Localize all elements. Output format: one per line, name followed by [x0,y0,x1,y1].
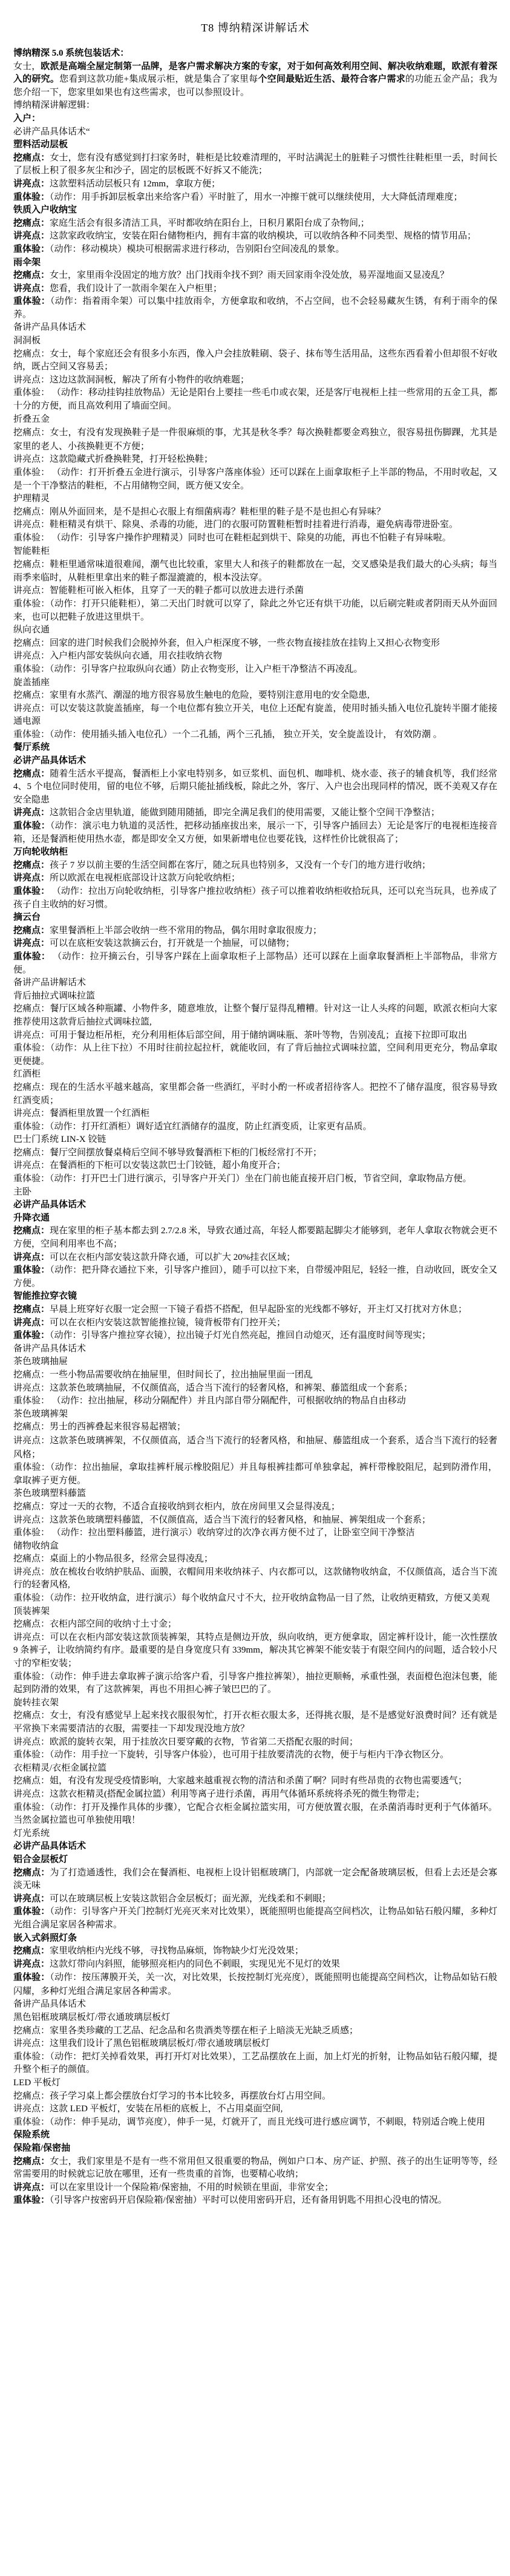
paragraph: 讲亮点：鞋柜精灵有烘干、除臭、杀毒的功能，进门的衣服可防置鞋柜暂时挂着进行消毒，… [13,519,497,532]
text-run: 可以在衣柜内安装这款智能推拉镜，镜背板带有门控开关； [50,1318,286,1328]
paragraph: 讲亮点：智能鞋柜可嵌入柜体，且穿了一天的鞋子都可以放进去进行杀菌 [13,585,497,598]
text-run: 这款铝合金店里轨道，能做到随用随插，即完全满足我们的使用需要，又能让整个空间干净… [50,808,440,818]
text-run: 这款家政收纳宝，安装在阳台储物柜内，拥有丰富的收纳模块，可以收纳各种不同类型、规… [50,231,476,241]
text-run: 女士，家里雨伞没固定的地方放？出门找雨伞找不到？雨天回家雨伞没处放，易弄湿地面又… [50,270,449,280]
text-run: （动作：拉开摘云台，引导客户踩在上面拿取柜子上部物品）还可以踩在上面拿取餐酒柜上… [13,952,497,975]
paragraph: 挖痛点：女士，每个家庭还会有很多小东西，像入户会挂放鞋刷、袋子、抹布等生活用品，… [13,348,497,374]
text-run: 挖痛点：鞋柜里通常味道很难闻， [13,560,150,569]
text-run: 塑料活动层板 [13,140,68,149]
paragraph: 挖痛点：为了打造通透性，我们会在餐酒柜、电视柜上设计铝框玻璃门，内部就一定会配备… [13,1867,497,1893]
text-run: 这款塑料活动层板只有 12mm，拿取方便； [50,179,220,189]
text-run: 摘云台 [13,913,41,922]
text-run: 重体验： [13,2195,50,2205]
text-run: 重体验：（动作：从上往下拉）不用时往前拉起拉杆，就能收回，有了背后抽拉式调味拉篮… [13,1043,497,1066]
section-heading: 主卧 [13,1186,497,1199]
paragraph: 挖痛点：家里收纳柜内光线不够，寻找物品麻烦，饰物缺少灯光没效果； [13,1945,497,1958]
text-run: 讲亮点：在餐酒柜的下柜可以安装这款巴士门铰链，超小角度开合； [13,1161,286,1170]
text-run: 重体验：（动作：打开红酒柜）调好适宜红酒储存的温度，防止红酒变质，让家更有品质。 [13,1122,372,1132]
text-run: 必讲产品具体话术 [13,1841,86,1851]
text-run: 讲亮点：智能鞋柜可嵌入柜体，且穿了一天的鞋子都可以放进去进行杀菌 [13,586,304,595]
paragraph: 重体验：（动作：打开红酒柜）调好适宜红酒储存的温度，防止红酒变质，让家更有品质。 [13,1121,497,1134]
text-run: 讲亮点： [13,179,50,189]
text-run: 女士， [13,62,41,71]
section-heading: 塑料活动层板 [13,139,497,152]
text-run: 讲亮点： [13,1318,50,1328]
section-heading: 衣柜精灵/衣柜金属拉篮 [13,1762,497,1775]
text-run: 雨伞架 [13,258,41,267]
paragraph: 重体验：（动作：把灯关掉看效果，再打开灯对比效果），工艺品摆放在上面，加上灯光的… [13,2051,497,2077]
section-heading: 巴士门系统 LIN-X 铰链 [13,1133,497,1147]
text-run: 讲亮点： [13,284,50,293]
text-run: （动作：拉出万向轮收纳柜，引导客户推拉收纳柜）孩子可以推着收纳柜收拾玩具，还可以… [13,887,497,909]
paragraph: 挖痛点：家里有水蒸汽、潮湿的地方很容易放生触电的危险，要特别注意用电的安全隐患, [13,689,497,703]
paragraph: 挖痛点：现在的生活水平越来越高，家里都会备一些酒红，平时小酌一杯或者招待客人。把… [13,1081,497,1107]
paragraph: 讲亮点：这款灯带向内斜照，能够照亮柜内的同色不刺眼，实现见光不见灯的效果 [13,1958,497,1971]
paragraph: 挖痛点：随着生活水平提高，餐酒柜上小家电特别多，如豆浆机、面包机、咖啡机、烧水壶… [13,768,497,807]
paragraph: 重体验：（动作：用手拉一下旋转，引导客户体验），也可用于挂放要清洗的衣物，便于与… [13,1749,497,1762]
text-run: 挖痛点：穿过一天的衣物，不适合直接收纳到衣柜内，放在房间里又会显得凌乱； [13,1502,340,1512]
paragraph: 讲亮点：放在梳妆台收纳护肤品、面膜，衣帽间用来收纳袜子、内衣都可以，这款储物收纳… [13,1566,497,1592]
paragraph: 必讲产品具体话术“ [13,126,497,139]
text-run: 智能鞋柜 [13,546,50,556]
section-heading: 智能推拉穿衣镜 [13,1290,497,1303]
paragraph: 挖痛点：一些小物品需要收纳在抽屉里，但时间长了，拉出抽屉里面一团乱 [13,1369,497,1382]
text-run: 讲亮点：餐酒柜里放置一个红酒柜 [13,1109,149,1118]
paragraph: 挖痛点：现在家里的柜子基本都去到 2.7/2.8 米，导致衣通过高，年轻人都要踮… [13,1225,497,1251]
paragraph: 挖痛点：孩子学习桌上都会摆放台灯学习的书本比较多，再摆放台灯占用空间。 [13,2090,497,2103]
text-run: 折叠五金 [13,415,50,424]
section-heading: 铁质入户收纳宝 [13,204,497,217]
paragraph: 挖痛点：女士，我们家里是不是有一些不常用但又很重要的物品，例如户口本、房产证、护… [13,2155,497,2181]
section-heading: 旋盖插座 [13,677,497,690]
section-heading: 万向轮收纳柜 [13,846,497,859]
text-run: 必讲产品具体话术 [13,756,86,765]
text-run: 重体验：（动作：拉出抽屉，拿取挂裤杆展示橡胶阻尼）并且每根裤挂都可单独拿起，裤杆… [13,1463,497,1486]
text-run: 讲亮点：可以在衣柜内部安装这款顶装裤架，其特点是侧边开放，纵向收纳，更方便拿取，… [13,1633,497,1668]
text-run: 重体验：（动作：引导客户拉取纵向衣通）防止衣物变形，让入户柜干净整洁不再凌乱。 [13,664,363,674]
text-run: 博纳精深 5.0 系统包装话术： [13,48,129,58]
text-run: 现在家里的柜子基本都去到 2.7/2.8 米，导致衣通过高，年轻人都要踮起脚尖才… [13,1226,497,1249]
text-run: 巴士门系统 LIN-X 铰链 [13,1135,106,1144]
text-run: 讲亮点：这款茶色玻璃塑料藤篮，不仅颜值高，适合当下流行的轻奢风格，和抽屉、裤架组… [13,1515,431,1525]
text-run: 挖痛点：餐厅空间摆放餐桌椅后空间不够导致餐酒柜下柜的门板经常打不开； [13,1148,322,1158]
paragraph: 讲亮点：这款茶色玻璃抽屉，不仅颜值高，适合当下流行的轻奢风格，和裤架、藤篮组成一… [13,1382,497,1395]
paragraph: 讲亮点：这款衣柜精灵(搭配金属拉篮）利用等离子进行杀菌，再用气体循环系统将杀死的… [13,1788,497,1801]
text-run: 挖痛点： [13,2157,50,2166]
text-run: 讲亮点：放在梳妆台收纳护肤品、面膜，衣帽间用来收纳袜子、内衣都可以，这款储物收纳… [13,1567,497,1590]
text-run: 讲亮点：这里我们设计了黑色铝框玻璃层板灯/带衣通玻璃层板灯 [13,2039,270,2048]
text-run: 备讲产品具体话术 [13,1344,86,1354]
paragraph: 重体验：（动作：把升降衣通拉下来，引导客户推回），随手可以拉下来，自带缓冲阻尼，… [13,1264,497,1290]
section-heading: 铝合金层板灯 [13,1853,497,1867]
section-heading: 雨伞架 [13,257,497,270]
text-run: 重体验：（动作：打开只能鞋柜），第二天出门时就可以穿了，除此之外它还有烘干功能，… [13,599,497,622]
paragraph: 挖痛点：女士，您有没有感觉到打扫家务时，鞋柜是比较难清理的，平时沾满泥土的脏鞋子… [13,152,497,178]
text-run: 旋盖插座 [13,678,50,687]
text-run: 餐厅系统 [13,742,50,752]
text-run: 铝合金层板灯 [13,1855,68,1864]
text-run: 挖痛点：孩子学习桌上都会摆放台灯学习的书本比较多，再摆放台灯占用空间。 [13,2091,331,2101]
section-heading: 入户： [13,113,497,126]
text-run: 讲亮点： [13,873,50,883]
text-run: 挖痛点： [13,218,50,228]
section-heading: 必讲产品具体话术 [13,755,497,768]
text-run: 重体验： [13,887,50,896]
section-heading: 博纳精深 5.0 系统包装话术： [13,47,497,61]
paragraph: 讲亮点：这款铝合金店里轨道，能做到随用随插，即完全满足我们的使用需要，又能让整个… [13,807,497,820]
paragraph: 挖痛点：家里餐酒柜上半部会收纳一些不常用的物品，偶尔用时拿取很废力； [13,925,497,938]
text-run: 护理精灵 [13,494,50,503]
paragraph: 讲亮点：入户柜内部安装纵向衣通，用衣挂收纳衣物 [13,650,497,663]
text-run: 旋转挂衣架 [13,1698,59,1708]
text-run: 洞洞板 [13,336,41,346]
text-run: 重体验：（动作：用手拉一下旋转，引导客户体验），也可用于挂放要清洗的衣物，便于与… [13,1750,449,1760]
text-run: 重体验：（动作：把灯关掉看效果，再打开灯对比效果），工艺品摆放在上面，加上灯光的… [13,2052,497,2075]
text-run: 挖痛点： [13,1226,50,1236]
text-run: 红酒柜 [13,1069,41,1079]
text-run: 重体验： （动作：拉出塑料藤篮，进行演示）收纳穿过的次净衣再方便不过了，让卧室空… [13,1528,415,1538]
text-run: 重体验： [13,1973,50,1982]
text-run: 重体验：（动作：伸手晃动，调节亮度），伸手一晃，灯就开了，而且光线可进行感应调节… [13,2117,485,2127]
text-run: 铁质入户收纳宝 [13,205,77,215]
text-run: 万向轮收纳柜 [13,847,68,857]
text-run: 挖痛点： [13,860,50,870]
paragraph: 讲亮点：可以在衣柜内部安装这款顶装裤架，其特点是侧边开放，纵向收纳，更方便拿取，… [13,1631,497,1671]
paragraph: 重体验：（引导客户按密码开启保险箱/保密抽）平时可以使用密码开启，还有备用钥匙不… [13,2194,497,2207]
text-run: 储物收纳盒 [13,1541,59,1551]
section-heading: 必讲产品具体话术 [13,1840,497,1853]
text-run: 您看，我们设计了一款雨伞架在入户柜里； [50,284,222,293]
text-run: 茶色玻璃塑料藤篮 [13,1489,86,1498]
text-run: 讲亮点：这款隐藏式折叠换鞋凳，打开轻松换鞋； [13,454,213,464]
paragraph: 挖痛点：餐厅空间摆放餐桌椅后空间不够导致餐酒柜下柜的门板经常打不开； [13,1147,497,1160]
text-run: 茶色玻璃抽屉 [13,1357,68,1366]
text-run: 重体验： [13,1907,50,1916]
paragraph: 挖痛点：穿过一天的衣物，不适合直接收纳到衣柜内，放在房间里又会显得凌乱； [13,1501,497,1514]
text-run: 讲亮点：入户柜内部安装纵向衣通，用衣挂收纳衣物 [13,651,222,661]
text-run: 这款灯带向内斜照，能够照亮柜内的同色不刺眼，实现见光不见灯的效果 [50,1959,340,1969]
text-run: 博纳精深讲解逻辑： [13,100,95,110]
text-run: 讲亮点：这款 LED 平板灯，安装在吊柜的底板上，不占用桌面空间, [13,2104,283,2114]
section-heading: 灯光系统 [13,1827,497,1841]
paragraph: 挖痛点：桌面上的小物品很多，经常会显得凌乱； [13,1553,497,1566]
text-run: 黑色铝框玻璃层板灯/带衣通玻璃层板灯 [13,2013,170,2022]
text-run: 挖痛点：餐厅区域各种瓶罐、小物件多，随意堆放，让整个餐厅显得乱糟糟。针对这一让人… [13,1004,497,1027]
section-heading: 必讲产品具体话术 [13,1199,497,1212]
section-heading: 旋转挂衣架 [13,1697,497,1710]
paragraph: 讲亮点：这款隐藏式折叠换鞋凳，打开轻松换鞋； [13,453,497,467]
text-run: 挖痛点： [13,270,50,280]
text-run: 重体验：（动作：打开及操作具体的步骤），它配合衣柜金属拉篮实用，可方便放置衣服，… [13,1803,497,1826]
text-run: 入户： [13,114,41,123]
section-heading: 黑色铝框玻璃层板灯/带衣通玻璃层板灯 [13,2011,497,2025]
text-run: 讲亮点：可以安装这款旋盖插座，每一个电位都有独立开关，电位上还配有旋盖，使用时插… [13,704,497,727]
text-run: （引导客户按密码开启保险箱/保密抽）平时可以使用密码开启，还有备用钥匙不用担心没… [50,2195,447,2205]
paragraph: 讲亮点：可以在衣柜内安装这款智能推拉镜，镜背板带有门控开关； [13,1317,497,1330]
text-run: 讲亮点： [13,1959,50,1969]
paragraph: 讲亮点：所以欧派在电视柜底部设计这款万向轮收纳柜； [13,872,497,885]
text-run: 讲亮点：鞋柜精灵有烘干、除臭、杀毒的功能，进门的衣服可防置鞋柜暂时挂着进行消毒，… [13,520,458,529]
text-run: 女士，我们家里是不是有一些不常用但又很重要的物品，例如户口本、房产证、护照、孩子… [13,2157,497,2180]
section-heading: 茶色玻璃裤架 [13,1408,497,1421]
text-run: 讲亮点： [13,231,50,241]
text-run: 挖痛点：女士，有没有发现换鞋子是一件很麻烦的事，尤其是秋冬季？ [13,428,296,438]
text-run: 挖痛点： [13,926,50,936]
paragraph: 重体验：（动作：伸手晃动，调节亮度），伸手一晃，灯就开了，而且光线可进行感应调节… [13,2116,497,2129]
paragraph: 挖痛点：男士的西裤叠起来很容易起褶皱； [13,1421,497,1434]
text-run: 重体验： （动作：拉出抽屉，移动分隔配件）并且内部自带分隔配件，可根据收纳的物品… [13,1396,406,1406]
text-run: 重体验：（动作：伸手进去拿取裤子演示给客户看，引导客户推拉裤架），抽拉更顺畅，承… [13,1672,497,1695]
text-run: 早晨上班穿好衣服一定会照一下镜子看搭不搭配，但早起卧室的光线都不够好，开主灯又打… [50,1305,467,1314]
paragraph: 重体验：（动作：打开及操作具体的步骤），它配合衣柜金属拉篮实用，可方便放置衣服，… [13,1801,497,1827]
paragraph: 挖痛点：早晨上班穿好衣服一定会照一下镜子看搭不搭配，但早起卧室的光线都不够好，开… [13,1303,497,1317]
paragraph: 讲亮点：这里我们设计了黑色铝框玻璃层板灯/带衣通玻璃层板灯 [13,2037,497,2051]
text-run: 挖痛点：男士的西裤叠起来很容易起褶皱； [13,1422,186,1432]
paragraph: 重体验： （动作：打开折叠五金进行演示，引导客户落座体验）还可以踩在上面拿取柜子… [13,467,497,493]
paragraph: 讲亮点：这款塑料活动层板只有 12mm，拿取方便； [13,178,497,191]
text-run: 家庭生活会有很多清洁工具，平时都收纳在阳台上，日积月累阳台成了杂物间,； [50,218,370,228]
text-run: 挖痛点：女士，每个家庭还会有很多小东西，像入户会挂放鞋刷、袋子、抹布等生活用品，… [13,349,497,372]
text-run: 挖痛点：家里各类珍藏的工艺品、纪念品和名贵酒类等摆在柜子上暗淡无光缺乏质感； [13,2026,358,2036]
paragraph: 重体验：（动作：使用插头插入电位孔）一个二孔插，两个三孔插， 独立开关，安全旋盖… [13,729,497,742]
text-run: 嵌入式斜照灯条 [13,1933,77,1943]
section-heading: 保险系统 [13,2129,497,2142]
text-run: 讲亮点： [13,939,50,948]
paragraph: 挖痛点：刚从外面回来，是不是担心衣服上有细菌病毒？鞋柜里的鞋子是不是也担心有异味… [13,506,497,519]
text-run: 个空间最贴近生活、最符合客户需求 [258,74,405,84]
paragraph: 讲亮点：可以安装这款旋盖插座，每一个电位都有独立开关，电位上还配有旋盖，使用时插… [13,703,497,729]
text-run: 家里收纳柜内光线不够，寻找物品麻烦，饰物缺少灯光没效果； [50,1946,304,1956]
paragraph: 重体验： （动作：引导客户操作护理精灵）同时也可在鞋柜起到烘干、除臭的功能，再也… [13,532,497,545]
text-run: 备讲产品讲解话术 [13,978,86,988]
paragraph: 重体验：（动作：移动模块）模块可根据需求进行移动，告别阳台空间凌乱的景象。 [13,243,497,257]
paragraph: 备讲产品具体话术 [13,1343,497,1356]
text-run: 讲亮点：这边这款洞洞板，解决了所有小物件的收纳难题； [13,375,249,385]
paragraph: 讲亮点：可以在衣柜内部安装这款升降衣通，可以扩大 20%挂衣区域； [13,1251,497,1265]
text-run: （动作：用手拆卸层板拿出来给客户看）平时脏了，用水一冲擦干就可以继续使用，大大降… [50,192,463,202]
text-run: 重体验： （动作：引导客户操作护理精灵）同时也可在鞋柜起到烘干、除臭的功能，再也… [13,533,451,543]
paragraph: 挖痛点：姐，有没有发现受疫情影响，大家越来越重视衣物的清洁和杀菌了啊？同时有些昂… [13,1775,497,1788]
text-run: 挖痛点： [13,1868,50,1878]
section-heading: 红酒柜 [13,1068,497,1081]
text-run: 主卧 [13,1187,31,1197]
paragraph: 讲亮点：欧派的旋转衣架，用于挂放次日要穿戴的衣物，节省第二天搭配衣服的时间； [13,1736,497,1749]
paragraph: 博纳精深讲解逻辑： [13,99,497,113]
text-run: 女士，您有没有感觉到打扫家务时，鞋柜是比较难清理的，平时沾满泥土的脏鞋子习惯性往… [13,153,497,176]
text-run: 挖痛点：姐，有没有发现受疫情影响，大家越来越重视衣物的清洁和杀菌了啊？同时有些昂… [13,1776,467,1786]
section-heading: 护理精灵 [13,493,497,506]
section-heading: 顶装裤架 [13,1605,497,1619]
text-run: 重体验： [13,821,50,831]
paragraph: 挖痛点：餐厅区域各种瓶罐、小物件多，随意堆放，让整个餐厅显得乱糟糟。针对这一让人… [13,1003,497,1029]
section-heading: 保险箱/保密抽 [13,2142,497,2155]
text-run: 保险系统 [13,2130,50,2140]
paragraph: 重体验：（动作：打开只能鞋柜），第二天出门时就可以穿了，除此之外它还有烘干功能，… [13,598,497,624]
text-run: 挖痛点：回家的进门时候我们会脱掉外套，但入户柜深度不够，一些衣物直接挂放在挂钩上… [13,638,440,648]
text-run: 挖痛点：现在的生活水平越来越高，家里都会备一些酒红，平时小酌一杯或者招待客人。把… [13,1083,497,1106]
section-heading: 折叠五金 [13,413,497,427]
paragraph: 女士，欧派是高端全屋定制第一品牌，是客户需求解决方案的专家，对于如何高效利用空间… [13,61,497,100]
text-run: 孩子 7 岁以前主要的生活空间都在客厅，随之玩具也特别多，又没有一个专门的地方进… [50,860,431,870]
text-run: （动作：演示电力轨道的灵活性，把移动插座拔出来，展示一下，引导客户插回去）无论是… [13,821,497,844]
paragraph: 重体验： （动作：拉出塑料藤篮，进行演示）收纳穿过的次净衣再方便不过了，让卧室空… [13,1527,497,1540]
paragraph: 重体验： （动作：拉出抽屉，移动分隔配件）并且内部自带分隔配件，可根据收纳的物品… [13,1395,497,1408]
text-run: 随着生活水平提高，餐酒柜上小家电特别多，如豆浆机、面包机、咖啡机、烧水壶、孩子的… [13,769,497,805]
text-run: 挖痛点：桌面上的小物品很多，经常会显得凌乱； [13,1554,213,1564]
paragraph: 备讲产品讲解话术 [13,977,497,990]
text-run: 纵向衣通 [13,625,50,635]
paragraph: 重体验：（动作：拉开收纳盒，进行演示）每个收纳盒尺寸不大，拉开收纳盒物品一目了然… [13,1592,497,1605]
paragraph: 挖痛点：女士，有没有发现换鞋子是一件很麻烦的事，尤其是秋冬季？每次换鞋都要金鸡独… [13,426,497,453]
text-run: 挖痛点： [13,769,50,779]
section-heading: 储物收纳盒 [13,1540,497,1553]
text-run: 可以在底柜安装这款摘云台，打开就是一个抽屉，可以储物； [50,939,295,948]
paragraph: 讲亮点：这边这款洞洞板，解决了所有小物件的收纳难题； [13,374,497,387]
paragraph: 重体验： （动作：拉出万向轮收纳柜，引导客户推拉收纳柜）孩子可以推着收纳柜收拾玩… [13,885,497,911]
text-run: 挖痛点：衣柜内部空间的收纳寸土寸金； [13,1619,177,1629]
paragraph: 讲亮点：可以在家里设计一个保险箱/保密抽，不用的时候锁在里面，非常安全； [13,2181,497,2195]
paragraph: 重体验： （动作：拉开摘云台，引导客户踩在上面拿取柜子上部物品）还可以踩在上面拿… [13,951,497,977]
text-run: （动作：把升降衣通拉下来，引导客户推回），随手可以拉下来，自带缓冲阻尼，轻轻一推… [13,1265,497,1288]
section-heading: 茶色玻璃抽屉 [13,1355,497,1369]
text-run: 茶色玻璃裤架 [13,1409,68,1419]
text-run: 重体验： [13,952,50,962]
paragraph: 重体验：（动作：引导客户拉取纵向衣通）防止衣物变形，让入户柜干净整洁不再凌乱。 [13,663,497,677]
paragraph: 备讲产品具体话术 [13,1998,497,2011]
text-run: 升降衣通 [13,1213,50,1223]
paragraph: 备讲产品具体话术 [13,321,497,335]
text-run: 讲亮点：这款茶色玻璃抽屉，不仅颜值高，适合当下流行的轻奢风格，和裤架、藤篮组成一… [13,1383,413,1393]
section-heading: 纵向衣通 [13,624,497,637]
text-run: 可以在玻璃层板上安装这款铝合金层板灯；面光源，光线柔和不刺眼； [50,1894,331,1904]
text-run: 挖痛点：女士，有没有感觉早上起来找衣服很匆忙，打开衣柜衣服太多，还得挑衣服，是不… [13,1711,497,1734]
paragraph: 挖痛点：家庭生活会有很多清洁工具，平时都收纳在阳台上，日积月累阳台成了杂物间,； [13,217,497,231]
paragraph: 重体验：（动作：引导客户开关门控制灯光亮灭来对比效果），既能照明也能提高空间档次… [13,1906,497,1932]
text-run: LED 平板灯 [13,2078,60,2088]
paragraph: 重体验：（动作：按压薄膜开关，关一次，对比效果，长按控制灯光亮度），既能照明也能… [13,1971,497,1998]
paragraph: 重体验：（动作：指着雨伞架）可以集中挂放雨伞，方便拿取和收纳，不占空间，也不会轻… [13,295,497,321]
section-heading: 智能鞋柜 [13,545,497,559]
text-run: 保险箱/保密抽 [13,2143,70,2153]
text-run: 重体验：（动作：拉开收纳盒，进行演示）每个收纳盒尺寸不大，拉开收纳盒物品一目了然… [13,1593,490,1603]
section-heading: 茶色玻璃塑料藤篮 [13,1487,497,1501]
text-run: 讲亮点： [13,2183,50,2192]
text-run: 重体验： [13,192,50,202]
paragraph: 重体验：（动作：拉出抽屉，拿取挂裤杆展示橡胶阻尼）并且每根裤挂都可单独拿起，裤杆… [13,1461,497,1487]
paragraph: 重体验：（动作：引导客户推拉穿衣镜），拉出镜子灯光自然亮起，推回自动熄灭，还有温… [13,1329,497,1343]
text-run: （动作：指着雨伞架）可以集中挂放雨伞，方便拿取和收纳，不占空间，也不会轻易藏灰生… [13,297,497,320]
paragraph: 挖痛点：女士，有没有感觉早上起来找衣服很匆忙，打开衣柜衣服太多，还得挑衣服，是不… [13,1709,497,1735]
paragraph: 重体验：（动作：打开巴士门进行演示，引导客户开关门）坐在门前也能直接开启门板，节… [13,1173,497,1186]
text-run: 重体验： [13,297,50,306]
text-run: 挖痛点：一些小物品需要收纳在抽屉里，但时间长了，拉出抽屉里面一团乱 [13,1370,313,1380]
text-run: 必讲产品具体话术 [13,1200,86,1210]
paragraph: 讲亮点：这款 LED 平板灯，安装在吊柜的底板上，不占用桌面空间, [13,2103,497,2116]
paragraph: 重体验：（动作：伸手进去拿取裤子演示给客户看，引导客户推拉裤架），抽拉更顺畅，承… [13,1671,497,1697]
paragraph: 讲亮点：可以在底柜安装这款摘云台，打开就是一个抽屉，可以储物； [13,937,497,951]
text-run: 挖痛点：刚从外面回来，是不是担心衣服上有细菌病毒？鞋柜里的鞋子是不是也担心有异味… [13,507,385,517]
section-heading: LED 平板灯 [13,2077,497,2090]
paragraph: 讲亮点：可用于餐边柜吊柜，充分利用柜体后部空间，用于储纳调味瓶、茶叶等物，告别凌… [13,1029,497,1043]
text-run: 讲亮点： [13,1894,50,1904]
text-run: 背后抽拉式调味拉篮 [13,991,95,1001]
text-run: 讲亮点：欧派的旋转衣架，用于挂放次日要穿戴的衣物，节省第二天搭配衣服的时间； [13,1737,358,1747]
text-run: 必讲产品具体话术“ [13,127,90,137]
paragraph: 讲亮点：这款茶色玻璃塑料藤篮，不仅颜值高，适合当下流行的轻奢风格，和抽屉、裤架组… [13,1514,497,1527]
text-run: 挖痛点： [13,1946,50,1956]
paragraph: 讲亮点：这款家政收纳宝，安装在阳台储物柜内，拥有丰富的收纳模块，可以收纳各种不同… [13,230,497,243]
text-run: 可以在家里设计一个保险箱/保密抽，不用的时候锁在里面，非常安全； [50,2183,333,2192]
text-run: 可以在衣柜内部安装这款升降衣通，可以扩大 20%挂衣区域； [50,1253,295,1262]
paragraph: 讲亮点：这款茶色玻璃裤架，不仅颜值高，适合当下流行的轻奢风格，和抽屉、藤篮组成一… [13,1434,497,1461]
document-title: T8 博纳精深讲解话术 [13,19,497,35]
text-run: （动作：引导客户开关门控制灯光亮灭来对比效果），既能照明也能提高空间档次，让物品… [13,1907,497,1930]
text-run: 重体验： （动作：移动挂钩挂放物品）无论是阳台上要挂一些毛巾或衣架，还是客厅电视… [13,388,497,411]
paragraph: 重体验：（动作：从上往下拉）不用时往前拉起拉杆，就能收回，有了背后抽拉式调味拉篮… [13,1042,497,1068]
text-run: 挖痛点： [13,1305,50,1314]
text-run: 家里餐酒柜上半部会收纳一些不常用的物品，偶尔用时拿取很废力； [50,926,322,936]
document-page: T8 博纳精深讲解话术 博纳精深 5.0 系统包装话术：女士，欧派是高端全屋定制… [0,0,510,2232]
paragraph: 挖痛点：女士，家里雨伞没固定的地方放？出门找雨伞找不到？雨天回家雨伞没处放，易弄… [13,269,497,283]
text-run: 讲亮点： [13,1253,50,1262]
paragraph: 挖痛点：孩子 7 岁以前主要的生活空间都在客厅，随之玩具也特别多，又没有一个专门… [13,859,497,873]
section-heading: 背后抽拉式调味拉篮 [13,990,497,1003]
text-run: 重体验： [13,1265,50,1275]
paragraph: 挖痛点：家里各类珍藏的工艺品、纪念品和名贵酒类等摆在柜子上暗淡无光缺乏质感； [13,2025,497,2038]
text-run: 重体验： [13,244,50,254]
paragraph: 讲亮点：您看，我们设计了一款雨伞架在入户柜里； [13,283,497,296]
text-run: 潮气也比较重，家里大人和孩子的鞋都放在一起，交叉感染是我们最大的心头病； [150,559,479,569]
text-run: 讲亮点： [13,808,50,818]
text-run: 重体验：（动作：使用插头插入电位孔）一个二孔插，两个三孔插， 独立开关，安全旋盖… [13,730,442,739]
text-run: （动作：引导客户推拉穿衣镜），拉出镜子灯光自然亮起，推回自动熄灭，还有温度时间等… [50,1331,431,1340]
section-heading: 升降衣通 [13,1212,497,1225]
text-run: 挖痛点：家里有水蒸汽、潮湿的地方很容易放生触电的危险，要特别注意用电的安全隐患, [13,690,370,700]
section-heading: 洞洞板 [13,335,497,348]
text-run: 讲亮点：可用于餐边柜吊柜，充分利用柜体后部空间，用于储纳调味瓶、茶叶等物，告别凌… [13,1031,467,1040]
paragraph: 重体验： （动作：移动挂钩挂放物品）无论是阳台上要挂一些毛巾或衣架，还是客厅电视… [13,387,497,413]
paragraph: 重体验：（动作：用手拆卸层板拿出来给客户看）平时脏了，用水一冲擦干就可以继续使用… [13,191,497,205]
text-run: （动作：按压薄膜开关，关一次，对比效果，长按控制灯光亮 [50,1973,292,1982]
section-heading: 摘云台 [13,911,497,925]
paragraph: 挖痛点：鞋柜里通常味道很难闻，潮气也比较重，家里大人和孩子的鞋都放在一起，交叉感… [13,558,497,585]
text-run: 灯光系统 [13,1829,50,1838]
text-run: 讲亮点：这款茶色玻璃裤架，不仅颜值高，适合当下流行的轻奢风格， [13,1436,296,1446]
document-body: 博纳精深 5.0 系统包装话术：女士，欧派是高端全屋定制第一品牌，是客户需求解决… [13,47,497,2207]
text-run: 备讲产品具体话术 [13,1999,86,2009]
text-run: 顶装裤架 [13,1607,50,1616]
paragraph: 挖痛点：回家的进门时候我们会脱掉外套，但入户柜深度不够，一些衣物直接挂放在挂钩上… [13,637,497,651]
text-run: 重体验：（动作：打开巴士门进行演示，引导客户开关门）坐在门前也能直接开启门板，节… [13,1174,472,1184]
paragraph: 讲亮点：可以在玻璃层板上安装这款铝合金层板灯；面光源，光线柔和不刺眼； [13,1893,497,1906]
section-heading: 餐厅系统 [13,741,497,755]
text-run: 您看到这款功能+集成展示柜，就是集合了家里每 [59,74,258,84]
text-run: 备讲产品具体话术 [13,323,86,332]
section-heading: 嵌入式斜照灯条 [13,1932,497,1945]
paragraph: 讲亮点：餐酒柜里放置一个红酒柜 [13,1107,497,1121]
text-run: 衣柜精灵/衣柜金属拉篮 [13,1763,106,1773]
text-run: 讲亮点：这款衣柜精灵(搭配金属拉篮）利用等离子进行杀菌，再用气体循环系统将杀死的… [13,1789,425,1799]
paragraph: 讲亮点：在餐酒柜的下柜可以安装这款巴士门铰链，超小角度开合； [13,1159,497,1173]
text-run: 重体验： （动作：打开折叠五金进行演示，引导客户落座体验）还可以踩在上面拿取柜子… [13,468,497,491]
text-run: 所以欧派在电视柜底部设计这款万向轮收纳柜； [50,873,240,883]
text-run: 挖痛点： [13,153,50,163]
text-run: 为了打造通透性，我们会在餐酒柜、电视柜上设计铝框玻璃门，内部就一定会配备玻璃层板… [13,1868,497,1891]
paragraph: 重体验：（动作：演示电力轨道的灵活性，把移动插座拔出来，展示一下，引导客户插回去… [13,820,497,846]
text-run: 智能推拉穿衣镜 [13,1291,77,1301]
text-run: 重体验： [13,1331,50,1340]
paragraph: 挖痛点：衣柜内部空间的收纳寸土寸金； [13,1618,497,1631]
